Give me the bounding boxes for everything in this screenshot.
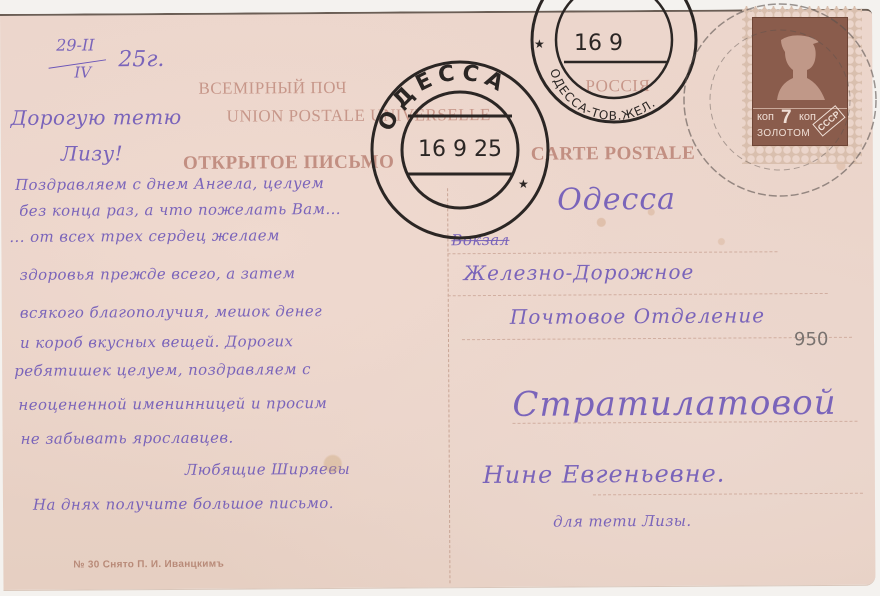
message-line: всякого благополучия, мешок денег bbox=[20, 302, 322, 322]
address-surname: Стратилатовой bbox=[512, 383, 836, 425]
message-line: Любящие Ширяевы bbox=[185, 460, 350, 479]
postmark-faint bbox=[670, 0, 860, 215]
message-date-top: 29-II bbox=[56, 35, 95, 54]
message-line: здоровья прежде всего, а затем bbox=[20, 264, 296, 284]
svg-text:ОДЕССА: ОДЕССА bbox=[374, 60, 513, 134]
svg-text:★: ★ bbox=[534, 37, 545, 51]
message-line: ... от всех трех сердец желаем bbox=[9, 226, 280, 246]
svg-text:16 9: 16 9 bbox=[574, 31, 623, 56]
address-line1: Железно-Дорожное bbox=[464, 260, 695, 285]
address-line bbox=[447, 251, 777, 254]
postmark-odessa: ОДЕССА 16 9 25 ★ bbox=[366, 56, 554, 249]
message-line: Лизу! bbox=[61, 141, 123, 165]
printed-header-line3: ОТКРЫТОЕ ПИСЬМО bbox=[183, 152, 395, 175]
printed-header-line1: ВСЕМІРНЫЙ ПОЧ bbox=[198, 78, 347, 99]
message-year: 25г. bbox=[118, 47, 164, 72]
message-date-bottom: IV bbox=[74, 63, 91, 81]
address-care-of: для тети Лизы. bbox=[553, 512, 692, 531]
message-line: и короб вкусных вещей. Дорогих bbox=[20, 332, 293, 352]
svg-text:16 9 25: 16 9 25 bbox=[418, 137, 502, 162]
publisher-imprint: № 30 Снято П. И. Иванцкимъ bbox=[73, 559, 224, 571]
pencil-note: 950 bbox=[794, 329, 828, 350]
address-name: Нине Евгеньевне. bbox=[483, 460, 726, 489]
message-line: без конца раз, а что пожелать Вам... bbox=[19, 200, 341, 220]
message-line: неоцененной именинницей и просим bbox=[18, 394, 327, 414]
address-line bbox=[448, 293, 828, 296]
message-line: Дорогую тетю bbox=[11, 105, 182, 130]
address-line bbox=[593, 493, 863, 496]
message-line: ребятишек целуем, поздравляем с bbox=[14, 360, 311, 380]
address-city: Одесса bbox=[557, 182, 676, 218]
message-line: На днях получите большое письмо. bbox=[33, 494, 334, 514]
message-line: Поздравляем с днем Ангела, целуем bbox=[15, 174, 324, 194]
address-line2: Почтовое Отделение bbox=[510, 303, 765, 329]
svg-text:ОДЕССА-ТОВ.ЖЕЛ.: ОДЕССА-ТОВ.ЖЕЛ. bbox=[547, 67, 658, 123]
svg-text:★: ★ bbox=[518, 177, 529, 191]
message-line: не забывать ярославцев. bbox=[21, 429, 234, 448]
